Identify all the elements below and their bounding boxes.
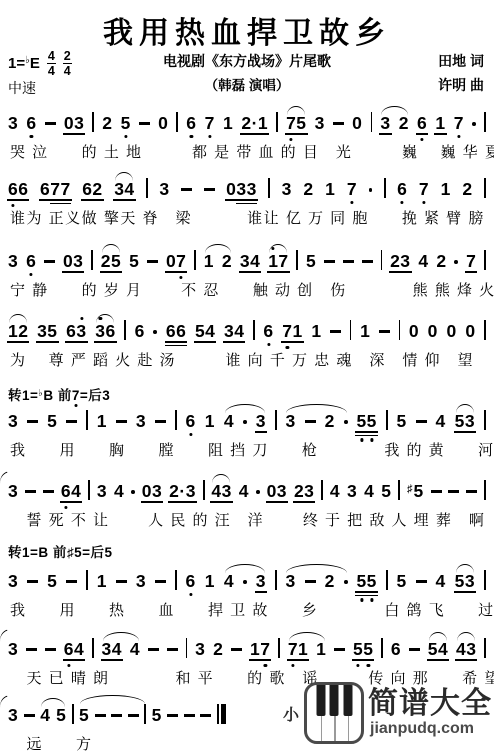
- note: 34: [224, 323, 244, 341]
- note: 03: [142, 483, 162, 501]
- music-line-6: 36434032·343403234345♯5 誓 死 不 让 人 民 的 汪 …: [8, 478, 486, 530]
- note: 2·3: [169, 483, 196, 501]
- note: 6: [397, 181, 407, 199]
- slur-arc: [103, 632, 139, 641]
- duration-dash: [45, 648, 56, 651]
- duration-dash: [409, 648, 420, 651]
- duration-dash: [27, 580, 38, 583]
- note: 7: [347, 181, 357, 199]
- lyricist: 田地 词: [438, 50, 484, 74]
- duration-dash: [147, 260, 158, 263]
- duration-dash: [167, 714, 178, 717]
- slur-arc: [286, 564, 347, 573]
- note: 54: [428, 641, 448, 659]
- song-title: 我用热血捍卫故乡: [0, 8, 494, 52]
- note: 6: [186, 573, 196, 591]
- key-change-2: 转1=B 前♯5=后5: [8, 541, 113, 561]
- note: 3: [256, 573, 266, 591]
- barline: [144, 704, 146, 724]
- note: 2: [102, 115, 112, 133]
- barline: [278, 638, 280, 658]
- slur-arc: [205, 244, 231, 253]
- note: 7: [419, 181, 429, 199]
- barline: [91, 250, 93, 270]
- barline: [92, 638, 94, 658]
- note: 4: [239, 483, 249, 501]
- black-key: [316, 685, 325, 716]
- note: 5: [396, 413, 406, 431]
- note: 5: [381, 483, 391, 501]
- duration-dash: [116, 420, 127, 423]
- octave-dot-below: [457, 135, 460, 138]
- tempo-marking: 中速: [8, 78, 36, 98]
- barline: [484, 570, 486, 590]
- duration-dash: [324, 260, 335, 263]
- octave-dot-below: [189, 433, 192, 436]
- octave-dot-below: [30, 273, 33, 276]
- barline: [124, 320, 126, 340]
- duration-dash: [167, 648, 178, 651]
- note: 1: [97, 573, 107, 591]
- barline: [194, 250, 196, 270]
- note: 55: [356, 413, 376, 431]
- octave-dot-below: [350, 201, 353, 204]
- augmentation-dot: [344, 420, 348, 424]
- duration-dash: [43, 490, 54, 493]
- note: 6: [263, 323, 273, 341]
- note: 17: [268, 253, 288, 271]
- barline: [175, 570, 177, 590]
- music-line-4: 123563366665434671110000为 尊 严 蹈 火 赴 汤 谁 …: [8, 318, 486, 370]
- duration-dash: [44, 260, 55, 263]
- note: 3: [8, 573, 18, 591]
- augmentation-dot: [454, 260, 458, 264]
- note: 03: [64, 115, 84, 133]
- duration-dash: [416, 580, 427, 583]
- note: 7: [454, 115, 464, 133]
- note: 2: [213, 641, 223, 659]
- notes-row: 3513614332555453: [8, 408, 486, 430]
- octave-dot-below: [422, 201, 425, 204]
- flat-sign: ♭: [38, 388, 43, 399]
- music-line-9: 34555 远 方: [8, 702, 226, 754]
- music-line-2: 666776234303332176712谁为 正义做 擎天 脊 梁 谁让 亿 …: [8, 176, 486, 228]
- slur-arc: [457, 632, 475, 641]
- octave-dot-below: [267, 343, 270, 346]
- note: 3: [256, 413, 266, 431]
- note: 3: [195, 641, 205, 659]
- duration-dash: [362, 260, 373, 263]
- note: 4: [436, 413, 446, 431]
- note: 4: [40, 707, 50, 725]
- lyrics-line-1: 哭 泣 的 土 地 都 是 带 血 的 目 光 巍 巍 华 夏: [8, 141, 486, 162]
- sheet-music-page: 我用热血捍卫故乡 1=♭E 44 24 中速 电视剧《东方战场》片尾歌 （韩磊 …: [0, 0, 494, 754]
- slur-arc: [41, 698, 65, 707]
- lyrics-line-2: 谁为 正义做 擎天 脊 梁 谁让 亿 万 同 胞 挽 紧 臂 膀: [8, 207, 486, 228]
- note: 3: [136, 573, 146, 591]
- barline: [484, 112, 486, 132]
- duration-dash: [305, 580, 316, 583]
- note: 3: [97, 483, 107, 501]
- barline: [175, 410, 177, 430]
- note: 1: [97, 413, 107, 431]
- piano-logo-icon: [304, 682, 364, 744]
- lyrics-line-7: 我 用 热 血 捍 卫 故 乡 白 鸽 飞 过 山 岗: [8, 599, 486, 620]
- note: 6: [391, 641, 401, 659]
- note: 35: [37, 323, 57, 341]
- music-line-7: 3513614332555453我 用 热 血 捍 卫 故 乡 白 鸽 飞 过 …: [8, 568, 486, 620]
- octave-dot-below: [190, 135, 193, 138]
- note: 4: [130, 641, 140, 659]
- watermark: 小 简谱大全 jianpudq.com: [283, 682, 492, 744]
- note: 2: [222, 253, 232, 271]
- note: 0: [447, 323, 457, 341]
- duration-dash: [334, 648, 345, 651]
- note: 7: [466, 253, 476, 271]
- notes-row: 34555: [8, 702, 226, 724]
- augmentation-dot: [472, 122, 476, 126]
- note: 66: [8, 181, 28, 199]
- barline: [399, 320, 401, 340]
- partial-character: 小: [283, 702, 299, 725]
- black-key: [343, 685, 352, 716]
- duration-dash: [379, 330, 390, 333]
- note: 62: [82, 181, 102, 199]
- note: 6: [186, 115, 196, 133]
- duration-dash: [26, 648, 37, 651]
- subtitle: 电视剧《东方战场》片尾歌: [60, 51, 434, 71]
- note: 5: [152, 707, 162, 725]
- duration-dash: [116, 580, 127, 583]
- augmentation-dot: [344, 580, 348, 584]
- note: 3: [8, 483, 18, 501]
- note: 3: [8, 413, 18, 431]
- note: 1: [360, 323, 370, 341]
- lyrics-line-4: 为 尊 严 蹈 火 赴 汤 谁 向 千 万 忠 魂 深 情 仰 望: [8, 349, 486, 370]
- lyrics-line-6: 誓 死 不 让 人 民 的 汪 洋 终 于 把 敌 人 埋 葬 啊: [8, 509, 486, 530]
- credits: 田地 词 许明 曲: [438, 50, 484, 98]
- slur-arc: [456, 564, 474, 573]
- note: 17: [250, 641, 270, 659]
- slur-arc: [429, 632, 447, 641]
- note: 1: [325, 181, 335, 199]
- notes-row: 123563366665434671110000: [8, 318, 486, 340]
- note: 3: [8, 115, 18, 133]
- note: 0: [465, 323, 475, 341]
- barline: [253, 320, 255, 340]
- note: 4: [418, 253, 428, 271]
- note: 3: [315, 115, 325, 133]
- note: 75: [286, 115, 306, 133]
- slur-arc: [9, 314, 27, 323]
- lyrics-line-5: 我 用 胸 膛 阻 挡 刀 枪 我 的 黄 河 长 江: [8, 439, 486, 460]
- note: 54: [195, 323, 215, 341]
- note: 033: [226, 181, 257, 199]
- performer: （韩磊 演唱）: [60, 74, 434, 94]
- augmentation-dot: [243, 580, 247, 584]
- duration-dash: [139, 122, 150, 125]
- watermark-domain: jianpudq.com: [368, 721, 492, 737]
- note: 53: [455, 413, 475, 431]
- barline: [371, 112, 373, 132]
- barline: [484, 250, 486, 270]
- note: 3: [285, 573, 295, 591]
- barline: [88, 480, 90, 500]
- barline: [484, 320, 486, 340]
- barline: [484, 638, 486, 658]
- duration-dash: [66, 420, 77, 423]
- note: 2: [325, 573, 335, 591]
- note: 4: [224, 573, 234, 591]
- note: 1: [204, 253, 214, 271]
- note: 4: [364, 483, 374, 501]
- note: 23: [294, 483, 314, 501]
- slur-arc: [225, 564, 265, 573]
- octave-dot-below: [124, 135, 127, 138]
- notes-row: 36434432177115565443: [8, 636, 486, 658]
- note: 1: [435, 115, 445, 133]
- music-line-8: 36434432177115565443 天 已 晴 朗 和 平 的 歌 谣 传…: [8, 636, 486, 688]
- note: 0: [352, 115, 362, 133]
- note: 66: [166, 323, 186, 341]
- note: 677: [40, 181, 71, 199]
- slur-arc: [269, 244, 287, 253]
- duration-dash: [448, 490, 459, 493]
- duration-dash: [184, 714, 195, 717]
- note: 43: [211, 483, 231, 501]
- note: 0: [158, 115, 168, 133]
- note: 0: [428, 323, 438, 341]
- note: 34: [102, 641, 122, 659]
- augmentation-dot: [153, 330, 157, 334]
- barline: [350, 320, 352, 340]
- note: 5: [121, 115, 131, 133]
- barline: [386, 570, 388, 590]
- barline: [381, 638, 383, 658]
- note: 55: [356, 573, 376, 591]
- note: 7: [205, 115, 215, 133]
- final-barline: [217, 704, 226, 724]
- note: 0: [409, 323, 419, 341]
- note: 6: [26, 253, 36, 271]
- slur-arc: [456, 404, 474, 413]
- barline: [296, 250, 298, 270]
- notes-row: 666776234303332176712: [8, 176, 486, 198]
- augmentation-dot: [243, 420, 247, 424]
- slur-arc: [286, 404, 347, 413]
- duration-dash: [24, 714, 35, 717]
- note: 4: [114, 483, 124, 501]
- note: 64: [61, 483, 81, 501]
- note: 6: [135, 323, 145, 341]
- note: 5: [129, 253, 139, 271]
- black-key: [330, 685, 339, 716]
- note: 1: [205, 573, 215, 591]
- sharp-sign: ♯: [407, 483, 413, 495]
- barline: [268, 178, 270, 198]
- octave-dot-below: [401, 201, 404, 204]
- note: 5: [47, 573, 57, 591]
- note: 3: [285, 413, 295, 431]
- flat-sign: ♭: [25, 55, 30, 66]
- duration-dash: [466, 490, 477, 493]
- note: 07: [166, 253, 186, 271]
- octave-dot-below: [208, 135, 211, 138]
- duration-dash: [25, 490, 36, 493]
- key-change-from-note: 7: [72, 388, 80, 403]
- note: 1: [316, 641, 326, 659]
- note: 6: [186, 413, 196, 431]
- note: 3: [282, 181, 292, 199]
- note: 23: [390, 253, 410, 271]
- note: 2: [462, 181, 472, 199]
- slur-arc: [96, 314, 114, 323]
- duration-dash: [181, 188, 192, 191]
- note: 63: [66, 323, 86, 341]
- note: 2: [303, 181, 313, 199]
- slur-arc: [287, 106, 305, 115]
- octave-dot-above: [80, 317, 83, 320]
- note: 3: [8, 641, 18, 659]
- duration-dash: [343, 260, 354, 263]
- barline: [398, 480, 400, 500]
- barline: [186, 638, 188, 658]
- note: 6: [26, 115, 36, 133]
- augmentation-dot: [369, 188, 373, 192]
- music-line-3: 360325507123417523427宁 静 的 岁 月 不 忍 触 动 创…: [8, 248, 486, 300]
- barline: [484, 480, 486, 500]
- barline: [381, 250, 383, 270]
- duration-dash: [27, 420, 38, 423]
- note: 3: [347, 483, 357, 501]
- barline: [484, 178, 486, 198]
- note: 25: [101, 253, 121, 271]
- barline: [275, 570, 277, 590]
- key-change-1: 转1=♭B 前7=后3: [8, 384, 110, 404]
- barline: [384, 178, 386, 198]
- note: 43: [456, 641, 476, 659]
- note: 4: [330, 483, 340, 501]
- note: 5: [396, 573, 406, 591]
- note: 2: [436, 253, 446, 271]
- meter-4-4: 44: [47, 49, 56, 79]
- barline: [275, 410, 277, 430]
- barline: [86, 570, 88, 590]
- slur-arc: [212, 474, 230, 483]
- note: 4: [224, 413, 234, 431]
- barline: [203, 480, 205, 500]
- notes-row: 36032506712·1753032617: [8, 110, 486, 132]
- note: 5: [47, 413, 57, 431]
- notes-row: 3513614332555453: [8, 568, 486, 590]
- note: 3: [380, 115, 390, 133]
- duration-dash: [330, 330, 341, 333]
- augmentation-dot: [131, 490, 135, 494]
- note: ♯5: [407, 483, 424, 501]
- note: 2: [325, 413, 335, 431]
- note: 34: [114, 181, 134, 199]
- note: 1: [223, 115, 233, 133]
- note: 03: [63, 253, 83, 271]
- slur-arc: [381, 106, 408, 115]
- note: 34: [240, 253, 260, 271]
- note: 71: [282, 323, 302, 341]
- octave-dot-below: [189, 593, 192, 596]
- note: 1: [311, 323, 321, 341]
- key-text: 1=♭E: [8, 55, 40, 72]
- duration-dash: [95, 714, 106, 717]
- composer: 许明 曲: [438, 74, 484, 98]
- note: 5: [79, 707, 89, 725]
- duration-dash: [231, 648, 242, 651]
- note: 55: [353, 641, 373, 659]
- duration-dash: [155, 580, 166, 583]
- music-line-5: 3513614332555453我 用 胸 膛 阻 挡 刀 枪 我 的 黄 河 …: [8, 408, 486, 460]
- note: 6: [417, 115, 427, 133]
- note: 1: [441, 181, 451, 199]
- note: 5: [56, 707, 66, 725]
- duration-dash: [111, 714, 122, 717]
- duration-dash: [148, 648, 159, 651]
- slur-arc: [115, 172, 133, 181]
- slur-arc: [80, 695, 145, 704]
- note: 03: [267, 483, 287, 501]
- barline: [86, 410, 88, 430]
- duration-dash: [45, 122, 56, 125]
- lyrics-line-9: 远 方: [8, 733, 226, 754]
- note: 3: [8, 253, 18, 271]
- barline: [176, 112, 178, 132]
- duration-dash: [200, 714, 211, 717]
- barline: [321, 480, 323, 500]
- barline: [146, 178, 148, 198]
- duration-dash: [66, 580, 77, 583]
- note: 3: [8, 707, 18, 725]
- lyrics-line-3: 宁 静 的 岁 月 不 忍 触 动 创 伤 熊 熊 烽 火 谁: [8, 279, 486, 300]
- duration-dash: [431, 490, 442, 493]
- notes-row: 36434032·343403234345♯5: [8, 478, 486, 500]
- slur-arc: [289, 632, 325, 641]
- duration-dash: [128, 714, 139, 717]
- duration-dash: [204, 188, 215, 191]
- music-line-1: 36032506712·1753032617哭 泣 的 土 地 都 是 带 血 …: [8, 110, 486, 162]
- slur-arc: [102, 244, 120, 253]
- note: 53: [455, 573, 475, 591]
- note: 2: [399, 115, 409, 133]
- duration-dash: [416, 420, 427, 423]
- note: 12: [8, 323, 28, 341]
- duration-dash: [333, 122, 344, 125]
- note: 3: [159, 181, 169, 199]
- watermark-brand: 简谱大全: [368, 689, 492, 719]
- note: 1: [205, 413, 215, 431]
- note: 2·1: [241, 115, 268, 133]
- note: 4: [436, 573, 446, 591]
- note: 36: [95, 323, 115, 341]
- barline: [386, 410, 388, 430]
- barline: [484, 410, 486, 430]
- barline: [72, 704, 74, 724]
- note: 5: [306, 253, 316, 271]
- key-change-from-note: ♯5: [67, 545, 82, 560]
- barline: [276, 112, 278, 132]
- duration-dash: [155, 420, 166, 423]
- duration-dash: [305, 420, 316, 423]
- octave-dot-below: [30, 135, 33, 138]
- note: 64: [64, 641, 84, 659]
- note: 3: [136, 413, 146, 431]
- notes-row: 360325507123417523427: [8, 248, 486, 270]
